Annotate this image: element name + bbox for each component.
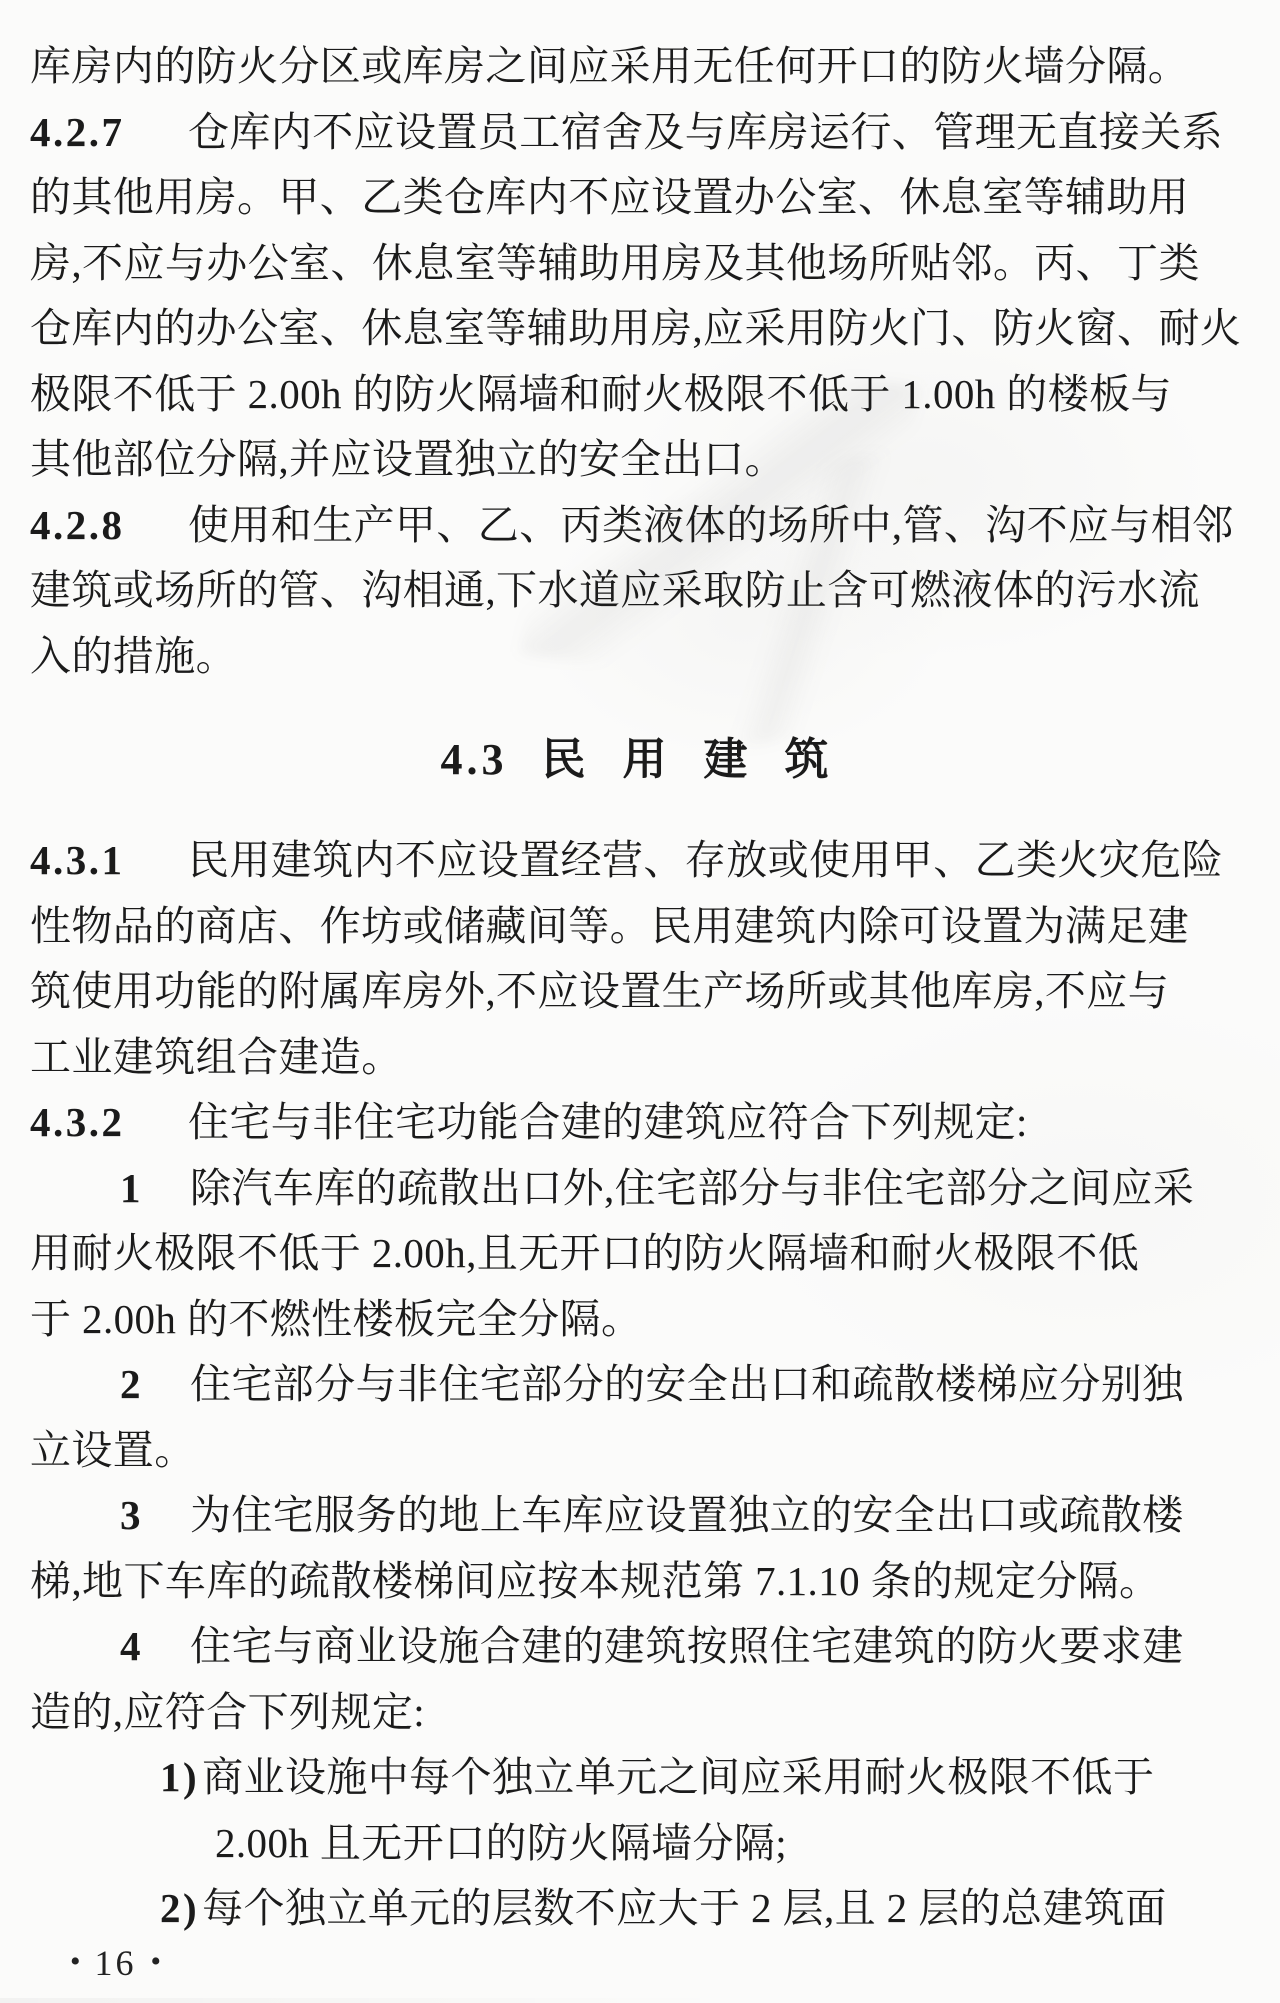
line-text: 其他部位分隔,并应设置独立的安全出口。 — [30, 436, 786, 482]
line-text: 工业建筑组合建造。 — [30, 1034, 403, 1080]
line-text: 极限不低于 2.00h 的防火隔墙和耐火极限不低于 1.00h 的楼板与 — [30, 371, 1172, 417]
text-line: 立设置。 — [30, 1418, 1252, 1484]
clause-number: 4 — [120, 1614, 190, 1680]
text-line: 4.2.8使用和生产甲、乙、丙类液体的场所中,管、沟不应与相邻 — [30, 493, 1252, 559]
text-line: 1除汽车库的疏散出口外,住宅部分与非住宅部分之间应采 — [30, 1156, 1252, 1222]
text-line: 入的措施。 — [30, 624, 1252, 690]
line-text: 建筑或场所的管、沟相通,下水道应采取防止含可燃液体的污水流 — [30, 567, 1200, 613]
text-line: 房,不应与办公室、休息室等辅助用房及其他场所贴邻。丙、丁类 — [30, 231, 1252, 297]
line-text: 住宅部分与非住宅部分的安全出口和疏散楼梯应分别独 — [190, 1361, 1184, 1407]
clause-number: 2 — [120, 1352, 190, 1418]
line-text: 的其他用房。甲、乙类仓库内不应设置办公室、休息室等辅助用 — [30, 174, 1189, 220]
line-text: 为住宅服务的地上车库应设置独立的安全出口或疏散楼 — [190, 1492, 1184, 1538]
line-text: 房,不应与办公室、休息室等辅助用房及其他场所贴邻。丙、丁类 — [30, 240, 1200, 286]
page-number: •16• — [56, 1942, 175, 1984]
text-line: 4住宅与商业设施合建的建筑按照住宅建筑的防火要求建 — [30, 1614, 1252, 1680]
page-number-value: 16 — [95, 1943, 137, 1983]
text-line: 库房内的防火分区或库房之间应采用无任何开口的防火墙分隔。 — [30, 34, 1252, 100]
clause-number: 3 — [120, 1483, 190, 1549]
text-line: 1)商业设施中每个独立单元之间应采用耐火极限不低于 — [30, 1745, 1252, 1811]
clause-number: 1) — [160, 1754, 199, 1800]
text-line: 于 2.00h 的不燃性楼板完全分隔。 — [30, 1287, 1252, 1353]
text-line: 用耐火极限不低于 2.00h,且无开口的防火隔墙和耐火极限不低 — [30, 1221, 1252, 1287]
line-text: 立设置。 — [30, 1427, 196, 1473]
line-text: 商业设施中每个独立单元之间应采用耐火极限不低于 — [202, 1754, 1154, 1800]
text-line: 其他部位分隔,并应设置独立的安全出口。 — [30, 427, 1252, 493]
line-text: 仓库内不应设置员工宿舍及与库房运行、管理无直接关系 — [188, 109, 1223, 155]
clause-number: 2) — [160, 1885, 199, 1931]
text-line: 4.3.2住宅与非住宅功能合建的建筑应符合下列规定: — [30, 1090, 1252, 1156]
document-body: 库房内的防火分区或库房之间应采用无任何开口的防火墙分隔。4.2.7仓库内不应设置… — [30, 34, 1252, 1942]
line-text: 除汽车库的疏散出口外,住宅部分与非住宅部分之间应采 — [190, 1165, 1194, 1211]
text-line: 梯,地下车库的疏散楼梯间应按本规范第 7.1.10 条的规定分隔。 — [30, 1549, 1252, 1615]
text-line: 4.3.1民用建筑内不应设置经营、存放或使用甲、乙类火灾危险 — [30, 828, 1252, 894]
text-line: 4.2.7仓库内不应设置员工宿舍及与库房运行、管理无直接关系 — [30, 100, 1252, 166]
text-line: 2.00h 且无开口的防火隔墙分隔; — [30, 1811, 1252, 1877]
line-text: 用耐火极限不低于 2.00h,且无开口的防火隔墙和耐火极限不低 — [30, 1230, 1139, 1276]
text-line: 建筑或场所的管、沟相通,下水道应采取防止含可燃液体的污水流 — [30, 558, 1252, 624]
clause-number: 4.2.7 — [30, 100, 188, 166]
line-text: 住宅与商业设施合建的建筑按照住宅建筑的防火要求建 — [190, 1623, 1184, 1669]
text-line: 筑使用功能的附属库房外,不应设置生产场所或其他库房,不应与 — [30, 959, 1252, 1025]
text-line: 工业建筑组合建造。 — [30, 1025, 1252, 1091]
line-text: 住宅与非住宅功能合建的建筑应符合下列规定: — [188, 1099, 1028, 1145]
clause-number: 4.3 — [441, 725, 508, 795]
line-text: 每个独立单元的层数不应大于 2 层,且 2 层的总建筑面 — [202, 1885, 1166, 1931]
text-line: 的其他用房。甲、乙类仓库内不应设置办公室、休息室等辅助用 — [30, 165, 1252, 231]
text-line: 3为住宅服务的地上车库应设置独立的安全出口或疏散楼 — [30, 1483, 1252, 1549]
clause-number: 1 — [120, 1156, 190, 1222]
line-text: 仓库内的办公室、休息室等辅助用房,应采用防火门、防火窗、耐火 — [30, 305, 1241, 351]
clause-number: 4.3.1 — [30, 828, 188, 894]
line-text: 库房内的防火分区或库房之间应采用无任何开口的防火墙分隔。 — [30, 43, 1189, 89]
text-line: 4.3民 用 建 筑 — [30, 725, 1252, 795]
page-number-dot: • — [137, 1945, 176, 1978]
line-text: 性物品的商店、作坊或储藏间等。民用建筑内除可设置为满足建 — [30, 903, 1189, 949]
text-line: 2住宅部分与非住宅部分的安全出口和疏散楼梯应分别独 — [30, 1352, 1252, 1418]
line-text: 使用和生产甲、乙、丙类液体的场所中,管、沟不应与相邻 — [188, 502, 1234, 548]
text-line: 仓库内的办公室、休息室等辅助用房,应采用防火门、防火窗、耐火 — [30, 296, 1252, 362]
document-page: 库房内的防火分区或库房之间应采用无任何开口的防火墙分隔。4.2.7仓库内不应设置… — [0, 0, 1280, 2003]
line-text: 民 用 建 筑 — [542, 735, 842, 784]
text-line: 性物品的商店、作坊或储藏间等。民用建筑内除可设置为满足建 — [30, 894, 1252, 960]
text-line: 极限不低于 2.00h 的防火隔墙和耐火极限不低于 1.00h 的楼板与 — [30, 362, 1252, 428]
scan-edge-shadow — [0, 1998, 742, 2003]
page-number-dot: • — [56, 1945, 95, 1978]
line-text: 梯,地下车库的疏散楼梯间应按本规范第 7.1.10 条的规定分隔。 — [30, 1558, 1160, 1604]
line-text: 2.00h 且无开口的防火隔墙分隔; — [215, 1820, 787, 1866]
clause-number: 4.2.8 — [30, 493, 188, 559]
text-line: 造的,应符合下列规定: — [30, 1680, 1252, 1746]
text-line: 2)每个独立单元的层数不应大于 2 层,且 2 层的总建筑面 — [30, 1876, 1252, 1942]
line-text: 入的措施。 — [30, 633, 237, 679]
line-text: 于 2.00h 的不燃性楼板完全分隔。 — [30, 1296, 642, 1342]
line-text: 造的,应符合下列规定: — [30, 1689, 425, 1735]
clause-number: 4.3.2 — [30, 1090, 188, 1156]
line-text: 筑使用功能的附属库房外,不应设置生产场所或其他库房,不应与 — [30, 968, 1169, 1014]
line-text: 民用建筑内不应设置经营、存放或使用甲、乙类火灾危险 — [188, 837, 1223, 883]
